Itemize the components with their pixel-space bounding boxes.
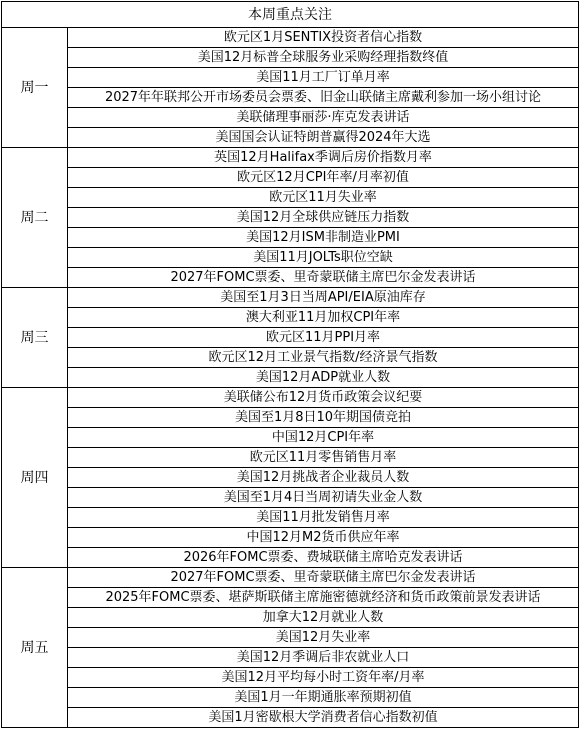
table-row: 美国12月ISM非制造业PMI <box>2 228 579 248</box>
event-item: 2027年FOMC票委、里奇蒙联储主席巴尔金发表讲话 <box>68 268 579 288</box>
event-item: 美国国会认证特朗普赢得2024年大选 <box>68 128 579 148</box>
table-row: 美国12月全球供应链压力指数 <box>2 208 579 228</box>
event-item: 美国11月工厂订单月率 <box>68 68 579 88</box>
table-row: 周二英国12月Halifax季调后房价指数月率 <box>2 148 579 168</box>
table-row: 美国12月挑战者企业裁员人数 <box>2 468 579 488</box>
event-item: 欧元区1月SENTIX投资者信心指数 <box>68 28 579 48</box>
table-row: 欧元区11月PPI月率 <box>2 328 579 348</box>
table-row: 周三美国至1月3日当周API/EIA原油库存 <box>2 288 579 308</box>
event-item: 美国1月密歇根大学消费者信心指数初值 <box>68 708 579 728</box>
table-row: 美国至1月4日当周初请失业金人数 <box>2 488 579 508</box>
table-title: 本周重点关注 <box>2 2 579 28</box>
table-row: 美国11月批发销售月率 <box>2 508 579 528</box>
event-item: 2026年FOMC票委、费城联储主席哈克发表讲话 <box>68 548 579 568</box>
table-row: 美国12月标普全球服务业采购经理指数终值 <box>2 48 579 68</box>
event-item: 美国12月标普全球服务业采购经理指数终值 <box>68 48 579 68</box>
event-item: 美国12月全球供应链压力指数 <box>68 208 579 228</box>
event-item: 加拿大12月就业人数 <box>68 608 579 628</box>
event-item: 美国12月ISM非制造业PMI <box>68 228 579 248</box>
weekly-focus-table: 本周重点关注 周一欧元区1月SENTIX投资者信心指数美国12月标普全球服务业采… <box>1 1 579 728</box>
table-body: 周一欧元区1月SENTIX投资者信心指数美国12月标普全球服务业采购经理指数终值… <box>2 28 579 728</box>
table-row: 美国11月JOLTs职位空缺 <box>2 248 579 268</box>
event-item: 美国12月平均每小时工资年率/月率 <box>68 668 579 688</box>
table-row: 美国国会认证特朗普赢得2024年大选 <box>2 128 579 148</box>
table-row: 欧元区11月零售销售月率 <box>2 448 579 468</box>
event-item: 欧元区12月CPI年率/月率初值 <box>68 168 579 188</box>
event-item: 美国12月季调后非农就业人口 <box>68 648 579 668</box>
table-row: 2026年FOMC票委、费城联储主席哈克发表讲话 <box>2 548 579 568</box>
table-row: 2027年FOMC票委、里奇蒙联储主席巴尔金发表讲话 <box>2 268 579 288</box>
table-row: 欧元区12月CPI年率/月率初值 <box>2 168 579 188</box>
table-row: 美国至1月8日10年期国债竞拍 <box>2 408 579 428</box>
event-item: 欧元区11月零售销售月率 <box>68 448 579 468</box>
event-item: 欧元区12月工业景气指数/经济景气指数 <box>68 348 579 368</box>
event-item: 美联储理事丽莎·库克发表讲话 <box>68 108 579 128</box>
table-row: 周四美联储公布12月货币政策会议纪要 <box>2 388 579 408</box>
table-row: 美国12月季调后非农就业人口 <box>2 648 579 668</box>
event-item: 美国1月一年期通胀率预期初值 <box>68 688 579 708</box>
day-label: 周二 <box>2 148 68 288</box>
event-item: 美国11月JOLTs职位空缺 <box>68 248 579 268</box>
table-row: 美国12月失业率 <box>2 628 579 648</box>
table-row: 美联储理事丽莎·库克发表讲话 <box>2 108 579 128</box>
table-row: 美国12月平均每小时工资年率/月率 <box>2 668 579 688</box>
day-label: 周四 <box>2 388 68 568</box>
event-item: 澳大利亚11月加权CPI年率 <box>68 308 579 328</box>
event-item: 欧元区11月PPI月率 <box>68 328 579 348</box>
day-label: 周一 <box>2 28 68 148</box>
table-row: 周五2027年FOMC票委、里奇蒙联储主席巴尔金发表讲话 <box>2 568 579 588</box>
table-row: 欧元区11月失业率 <box>2 188 579 208</box>
table-row: 周一欧元区1月SENTIX投资者信心指数 <box>2 28 579 48</box>
table-row: 中国12月CPI年率 <box>2 428 579 448</box>
event-item: 美国至1月3日当周API/EIA原油库存 <box>68 288 579 308</box>
day-label: 周三 <box>2 288 68 388</box>
event-item: 美国11月批发销售月率 <box>68 508 579 528</box>
event-item: 中国12月M2货币供应年率 <box>68 528 579 548</box>
table-row: 2027年年联邦公开市场委员会票委、旧金山联储主席戴利参加一场小组讨论 <box>2 88 579 108</box>
day-label: 周五 <box>2 568 68 728</box>
event-item: 美联储公布12月货币政策会议纪要 <box>68 388 579 408</box>
table-row: 中国12月M2货币供应年率 <box>2 528 579 548</box>
event-item: 2027年年联邦公开市场委员会票委、旧金山联储主席戴利参加一场小组讨论 <box>68 88 579 108</box>
event-item: 2027年FOMC票委、里奇蒙联储主席巴尔金发表讲话 <box>68 568 579 588</box>
table-row: 澳大利亚11月加权CPI年率 <box>2 308 579 328</box>
table-header-row: 本周重点关注 <box>2 2 579 28</box>
event-item: 英国12月Halifax季调后房价指数月率 <box>68 148 579 168</box>
table-row: 加拿大12月就业人数 <box>2 608 579 628</box>
event-item: 美国12月ADP就业人数 <box>68 368 579 388</box>
event-item: 2025年FOMC票委、堪萨斯联储主席施密德就经济和货币政策前景发表讲话 <box>68 588 579 608</box>
event-item: 美国12月失业率 <box>68 628 579 648</box>
event-item: 美国至1月4日当周初请失业金人数 <box>68 488 579 508</box>
table-row: 美国1月密歇根大学消费者信心指数初值 <box>2 708 579 728</box>
table-row: 欧元区12月工业景气指数/经济景气指数 <box>2 348 579 368</box>
event-item: 中国12月CPI年率 <box>68 428 579 448</box>
table-row: 美国11月工厂订单月率 <box>2 68 579 88</box>
event-item: 美国12月挑战者企业裁员人数 <box>68 468 579 488</box>
table-row: 美国1月一年期通胀率预期初值 <box>2 688 579 708</box>
event-item: 美国至1月8日10年期国债竞拍 <box>68 408 579 428</box>
event-item: 欧元区11月失业率 <box>68 188 579 208</box>
table-row: 美国12月ADP就业人数 <box>2 368 579 388</box>
table-row: 2025年FOMC票委、堪萨斯联储主席施密德就经济和货币政策前景发表讲话 <box>2 588 579 608</box>
